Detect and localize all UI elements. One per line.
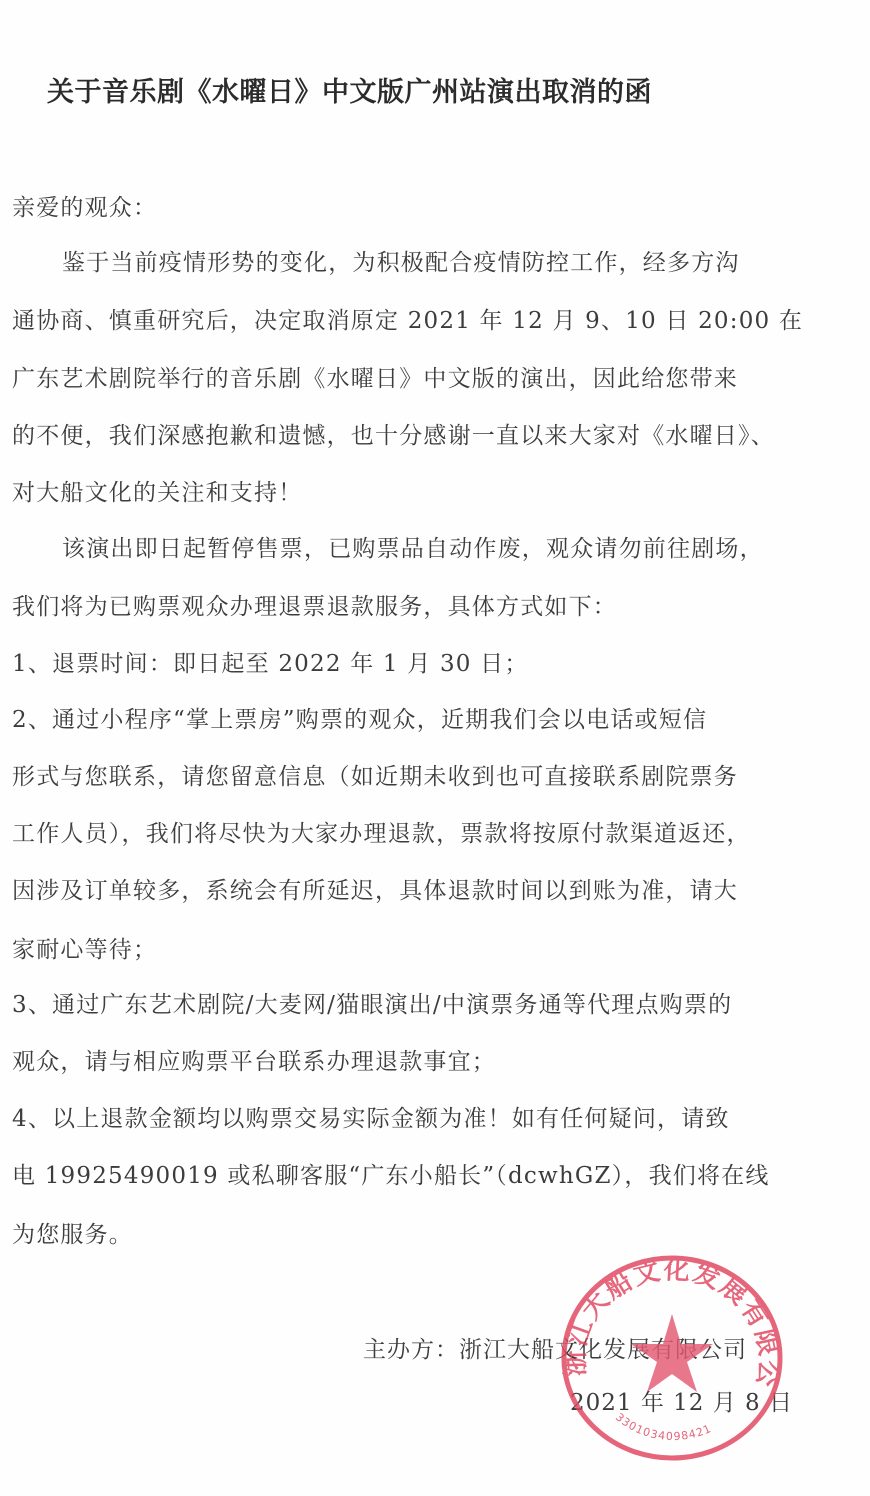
paragraph-1-line: 通协商、慎重研究后，决定取消原定 2021 年 12 月 9、10 日 20:0… [12,306,803,336]
letter-page: 关于音乐剧《水曜日》中文版广州站演出取消的函 亲爱的观众： 鉴于当前疫情形势的变… [0,0,870,1496]
letter-title: 关于音乐剧《水曜日》中文版广州站演出取消的函 [47,70,652,109]
list-item-1: 1、退票时间：即日起至 2022 年 1 月 30 日； [12,649,529,679]
list-item-4-line: 为您服务。 [12,1220,133,1250]
signature-date: 2021 年 12 月 8 日 [570,1384,793,1417]
greeting: 亲爱的观众： [12,193,157,223]
paragraph-2-line: 该演出即日起暂停售票，已购票品自动作废，观众请勿前往剧场， [62,534,764,564]
list-item-4-line: 4、以上退款金额均以购票交易实际金额为准！如有任何疑问，请致 [12,1104,730,1134]
list-item-4-line: 电 19925490019 或私聊客服“广东小船长”（dcwhGZ），我们将在线 [12,1161,770,1191]
paragraph-1-line: 对大船文化的关注和支持！ [12,478,302,508]
paragraph-1-line: 的不便，我们深感抱歉和遗憾，也十分感谢一直以来大家对《水曜日》、 [12,421,775,451]
list-item-3-line: 观众，请与相应购票平台联系办理退款事宜； [12,1047,496,1077]
list-item-3-line: 3、通过广东艺术剧院/大麦网/猫眼演出/中演票务通等代理点购票的 [12,990,732,1020]
organizer-signature: 主办方：浙江大船文化发展有限公司 [363,1331,747,1364]
list-item-2-line: 家耐心等待； [12,935,157,965]
list-item-2-line: 形式与您联系，请您留意信息（如近期未收到也可直接联系剧院票务 [12,762,738,792]
paragraph-1-line: 广东艺术剧院举行的音乐剧《水曜日》中文版的演出，因此给您带来 [12,364,738,394]
list-item-2-line: 因涉及订单较多，系统会有所延迟，具体退款时间以到账为准，请大 [12,876,738,906]
seal-ring-text: 浙江大船文化发展有限公司 [557,1252,784,1390]
list-item-2-line: 工作人员），我们将尽快为大家办理退款，票款将按原付款渠道返还， [12,819,751,849]
paragraph-1-line: 鉴于当前疫情形势的变化，为积极配合疫情防控工作，经多方沟 [62,248,740,278]
list-item-2-line: 2、通过小程序“掌上票房”购票的观众，近期我们会以电话或短信 [12,705,707,735]
paragraph-2-line: 我们将为已购票观众办理退票退款服务，具体方式如下： [12,592,617,622]
